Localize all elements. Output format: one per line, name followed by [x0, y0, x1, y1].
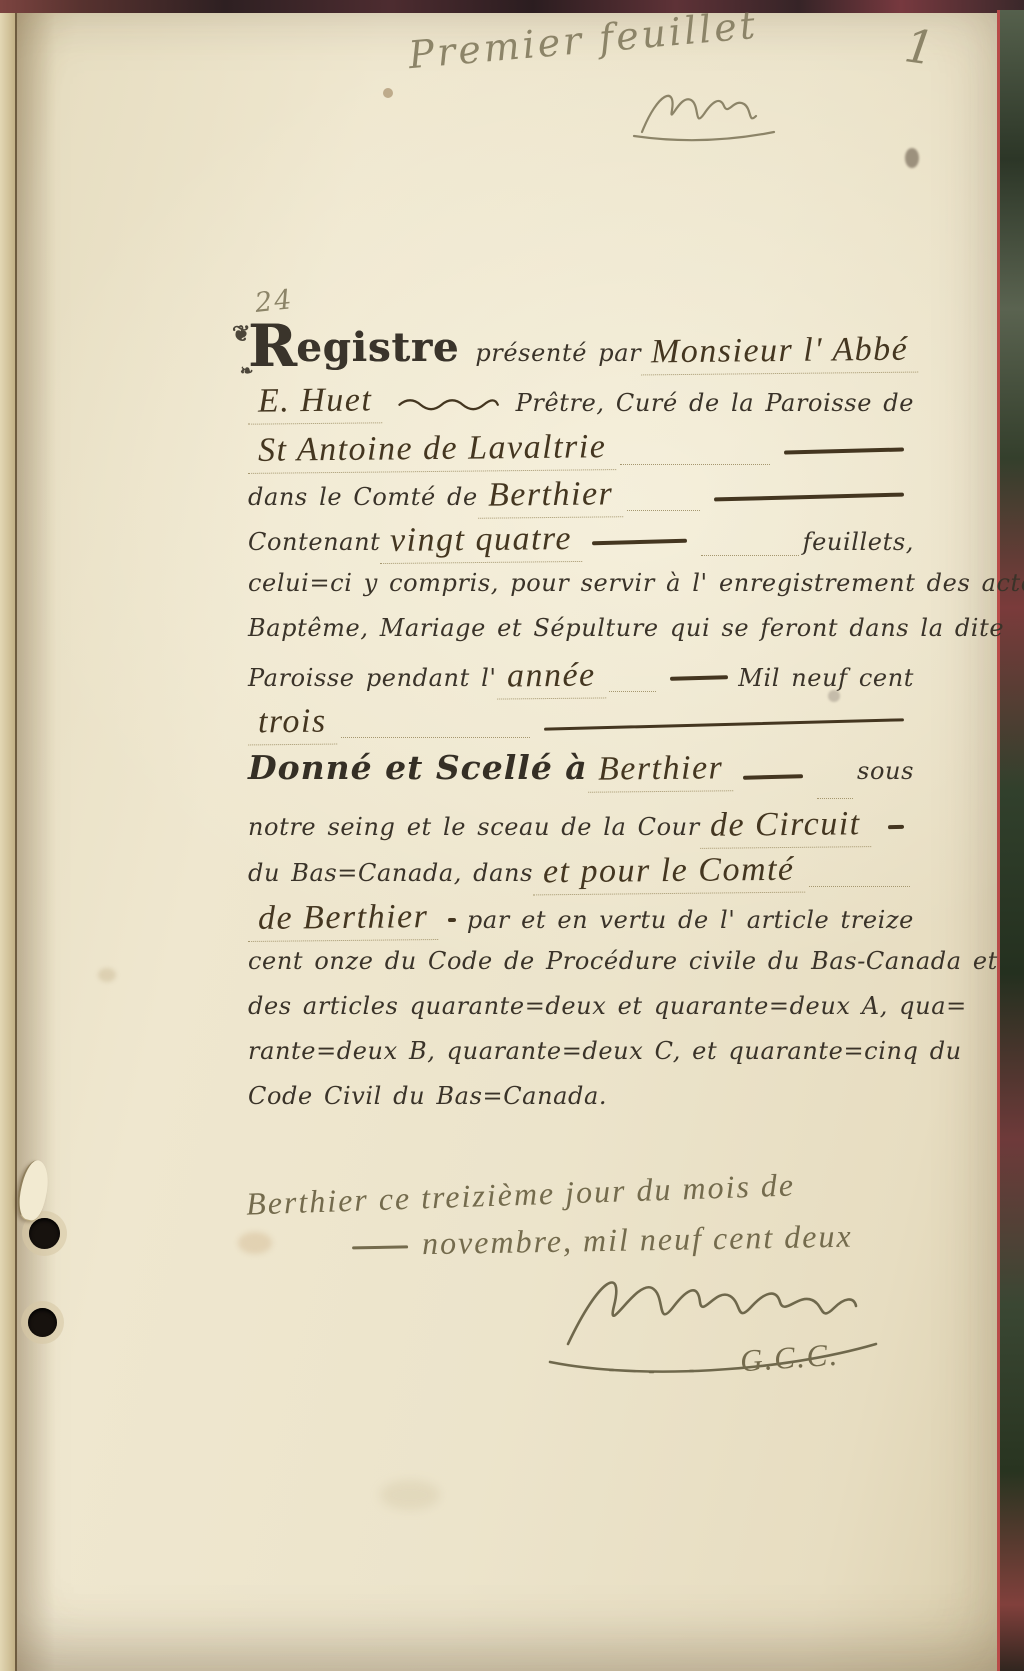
form-line-body1: celui=ci y compris, pour servir à l' enr…	[248, 569, 914, 597]
book-top-edge	[0, 0, 1024, 13]
printed-text: rante=deux B, quarante=deux C, et quaran…	[248, 1037, 962, 1065]
form-line-county: dans le Comté de Berthier	[248, 476, 914, 518]
form-line-code2: des articles quarante=deux et quarante=d…	[248, 992, 914, 1020]
foxing-spot	[238, 1232, 272, 1254]
form-line-article: de Berthier par et en vertu de l' articl…	[248, 899, 914, 941]
form-line-year2: trois	[248, 703, 914, 745]
age-smudge	[380, 1480, 440, 1510]
printed-text: Prêtre, Curé de la Paroisse de	[516, 389, 914, 417]
form-line-parish: St Antoine de Lavaltrie	[248, 430, 914, 472]
ruled-leader	[620, 462, 770, 465]
hand-flourish-dash	[544, 718, 904, 730]
form-line-priest: E. Huet Prêtre, Curé de la Paroisse de	[248, 382, 914, 424]
hand-dash	[743, 774, 803, 779]
book-binding-right-edge	[997, 10, 1024, 1671]
hand-entry-folio-count: vingt quatre	[380, 520, 582, 564]
form-line-code4: Code Civil du Bas=Canada.	[248, 1082, 914, 1110]
punch-hole-bottom	[28, 1308, 57, 1337]
form-line-title: Registre présenté par Monsieur l' Abbé	[248, 312, 914, 374]
printed-text: feuillets,	[803, 528, 914, 556]
ruled-leader	[341, 735, 530, 738]
hand-dash	[670, 675, 728, 680]
printed-text-large: Donné et Scellé à	[248, 748, 588, 787]
printed-text: cent onze du Code de Procédure civile du…	[248, 947, 998, 975]
register-page-scan: Premier feuillet 1 24 Registre présenté …	[0, 0, 1024, 1671]
torn-left-page-edge	[0, 13, 17, 1671]
header-note: Premier feuillet	[407, 3, 760, 77]
form-line-sealed: Donné et Scellé à Berthier sous	[248, 748, 914, 806]
printed-text: Contenant	[248, 528, 380, 556]
hand-entry-parish: St Antoine de Lavaltrie	[248, 428, 617, 474]
page-number: 1	[901, 18, 938, 76]
hand-entry-priest-name: E. Huet	[248, 381, 383, 424]
hand-entry-seal-place: Berthier	[587, 749, 733, 793]
printed-text: par et en vertu de l' article treize	[467, 906, 914, 934]
hand-dash	[592, 539, 687, 545]
printed-text: du Bas=Canada, dans	[248, 859, 533, 887]
hand-dash	[784, 448, 904, 455]
ruled-leader	[609, 689, 656, 692]
ruled-leader	[809, 884, 910, 887]
punch-hole-top	[29, 1218, 60, 1249]
hand-entry-court: de Circuit	[700, 805, 871, 849]
printed-text: celui=ci y compris, pour servir à l' enr…	[248, 569, 1024, 597]
ink-blot	[905, 148, 919, 168]
foxing-spot	[98, 968, 116, 982]
clerk-initials: G.C.C.	[739, 1337, 840, 1380]
hand-dash	[714, 493, 904, 501]
hand-squiggle	[396, 395, 501, 411]
paraph-signature	[628, 80, 778, 142]
form-line-year: Paroisse pendant l' année Mil neuf cent	[248, 657, 914, 699]
hand-dash	[888, 825, 904, 829]
hand-entry-presenter: Monsieur l' Abbé	[641, 331, 919, 376]
ruled-leader	[701, 553, 798, 556]
form-line-body2: Baptême, Mariage et Sépulture qui se fer…	[248, 614, 914, 642]
printed-text: des articles quarante=deux et quarante=d…	[248, 992, 967, 1020]
ruled-leader	[817, 796, 853, 799]
foxing-spot	[383, 88, 393, 98]
printed-text: Paroisse pendant l'	[248, 664, 497, 692]
printed-text: Baptême, Mariage et Sépulture qui se fer…	[248, 614, 1004, 642]
printed-text: sous	[857, 757, 914, 785]
smudge-spot	[828, 690, 840, 702]
printed-text: dans le Comté de	[248, 483, 478, 511]
printed-text: présenté par	[475, 339, 641, 367]
printed-text: Code Civil du Bas=Canada.	[248, 1082, 607, 1110]
closing-place-date-line1: Berthier ce treizième jour du mois de	[246, 1166, 796, 1222]
closing-place-date-line2: novembre, mil neuf cent deux	[352, 1218, 853, 1264]
form-line-district: du Bas=Canada, dans et pour le Comté	[248, 852, 914, 894]
hand-entry-year-word: année	[496, 656, 605, 699]
gutter-shadow	[17, 13, 55, 1671]
hand-entry-county: Berthier	[478, 475, 624, 519]
title-word: egistre	[296, 324, 459, 371]
form-line-code1: cent onze du Code de Procédure civile du…	[248, 947, 914, 975]
form-line-code3: rante=deux B, quarante=deux C, et quaran…	[248, 1037, 914, 1065]
printed-text: notre seing et le sceau de la Cour	[248, 813, 700, 841]
hand-dash	[448, 918, 457, 922]
hand-entry-district2: de Berthier	[248, 898, 439, 942]
form-line-court: notre seing et le sceau de la Cour de Ci…	[248, 806, 914, 848]
ruled-leader	[627, 508, 700, 511]
form-line-folios: Contenant vingt quatre feuillets,	[248, 521, 914, 563]
hand-entry-year-trois: trois	[248, 703, 337, 746]
printed-text: Mil neuf cent	[738, 664, 914, 692]
ornate-initial: R	[248, 317, 296, 375]
hand-entry-district: et pour le Comté	[533, 851, 805, 896]
